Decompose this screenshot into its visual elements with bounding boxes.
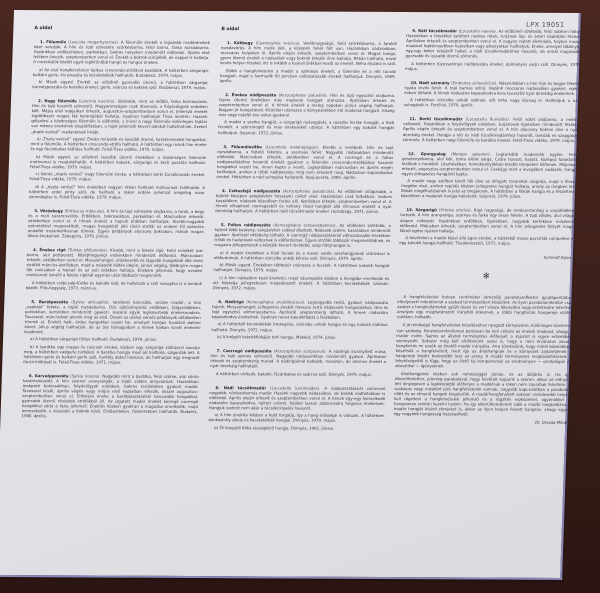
section-separator-icon: ✻ [398, 273, 574, 279]
entry-description: 1. Fülemüle (Luscinia megarhynchos). A f… [33, 39, 210, 65]
recording-note: b) Öt kirepülő fióka eleségkérő hangja. … [208, 425, 384, 431]
recording-note: a) A hím éneklés közben a fejét forgatja… [208, 412, 384, 423]
recording-note: A felvételen a madár közel álló ágon éne… [399, 235, 575, 246]
species-entry: 2. Énekes nádiposzáta (Acrocephalus palu… [218, 92, 395, 136]
entry-description: 2. Énekes nádiposzáta (Acrocephalus palu… [218, 92, 395, 118]
author-signature: Schmidt Egon [399, 254, 571, 260]
entry-description: 8. Nádi tücsökmadár (Locustella luscinio… [209, 385, 386, 411]
species-text: Az előbbinél sötétebb, felül sötéten fol… [405, 29, 582, 59]
species-entry: 5. Barátposzáta (Sylvia atricapilla). Ve… [23, 299, 201, 365]
entry-description: 6. Karvalyposzáta (Sylvia nisoria). Nagy… [21, 373, 198, 419]
recording-note: a) A háttérben sárgarigó füttye hallható… [24, 337, 200, 343]
recording-note: b) A kiröpült kakukkfiókájár tehi hangja… [211, 334, 387, 340]
recording-note: a) Az első hangfelvételen tipikus cresce… [33, 67, 209, 78]
species-text: Verébnagyságú, felül szürkésbarna, a far… [220, 41, 397, 67]
species-entry: 12. Gyurgyalag (Merops apiaster). Legtar… [401, 151, 579, 200]
species-text: Nagyobb mint a barátka, felül szürke, al… [21, 374, 198, 419]
side-b-entries: 1. Kékbegy (Cyanosylvia svecica). Verébn… [208, 40, 397, 431]
recording-note: d) A „tiszta verésű” hím énekében nagyon… [29, 184, 205, 200]
liner-notes-page: LPX 19051 A oldal 1. Fülemüle (Luscinia … [0, 10, 581, 580]
side-a-title: A oldal [34, 26, 210, 32]
recording-note: b) Másik egyed, az előzőnél lassúbb ütem… [30, 154, 206, 170]
entry-description: 11. Berki tücsökmadár (Locustella fluvia… [403, 116, 580, 142]
recording-note: b) Másik egyed. Énekét az előzőnél gyors… [32, 79, 208, 90]
species-text: A fülemüle énekét a legszebb madárénekek… [33, 40, 210, 65]
recording-note: A madár nagy szélben tárolt fák ülve az … [401, 178, 578, 199]
side-b-column: B oldal 1. Kékbegy (Cyanosylvia svecica)… [208, 27, 398, 440]
recording-note: c) A hím nádszálon kezd énekelni, majd n… [213, 275, 389, 291]
entry-description: 5. Barátposzáta (Sylvia atricapilla). Ve… [24, 299, 201, 335]
side-a-column: A oldal 1. Fülemüle (Luscinia megarhynch… [21, 26, 210, 428]
essay-paragraph: Állathangjaink közben sok nehézséggel já… [394, 371, 571, 417]
essay-paragraph: A hangfelvételek hatvan centiméter átmér… [397, 294, 574, 320]
species-text: Kisebb a verébnél. Hím és tojó rozsdabar… [216, 144, 393, 179]
species-entry: 4. Csíkosfejű nádiposzáta (Acrocephalus … [215, 188, 392, 214]
entry-description: 6. Nádirigó (Acrocephalus arundinaceus).… [212, 299, 389, 320]
species-text: A hím és tojó színezete olajbarna, a tor… [27, 208, 204, 238]
entry-description: 5. Foltos nádiposzáta (Acrocephalus scho… [214, 222, 391, 248]
species-entry: 9. Réti tücsökmadár (Locustella naevia).… [405, 28, 582, 72]
catalog-number: LPX 19051 [526, 21, 565, 29]
recording-note: A háttérben vízityúk, kakukk, fácánkakas… [210, 371, 386, 377]
species-entry: 11. Berki tücsökmadár (Locustella fluvia… [403, 116, 580, 142]
species-entry: 1. Fülemüle (Luscinia megarhynchos). A f… [32, 39, 210, 90]
recording-note: b) Másik egyed. Énekében többször utánoz… [213, 262, 389, 273]
recording-note: A háttérben csilpcsalp-füzike és kakukk … [26, 280, 202, 291]
entry-description: 7. Cserregő nádiposzáta (Acrocephalus sc… [210, 348, 387, 369]
entry-description: 4. Énekes rigó (Turdus philomelos). Kise… [26, 247, 203, 278]
side-b-continued-entries: 9. Réti tücsökmadár (Locustella naevia).… [399, 28, 582, 246]
species-entry: 3. Fülemülesitke (Lusciniola melanopogon… [216, 144, 393, 180]
species-entry: 13. Sárgarigó (Oriolus oriolus). Rigó na… [399, 207, 576, 246]
side-b-title: B oldal [221, 27, 397, 33]
recording-note: Elöbb a hangfelvételen a madár a szokáso… [220, 68, 396, 84]
species-entry: 6. Nádirigó (Acrocephalus arundinaceus).… [211, 299, 388, 340]
species-entry: 4. Énekes rigó (Turdus philomelos). Kise… [26, 247, 203, 291]
species-entry: 8. Nádi tücsökmadár (Locustella luscinio… [208, 385, 385, 431]
side-a-entries: 1. Fülemüle (Luscinia megarhynchos). A f… [21, 39, 210, 419]
recording-note: a) „Tiszta verésű” egyed. Éneke mélyebb … [30, 136, 206, 152]
entry-description: 13. Sárgarigó (Oriolus oriolus). Rigó na… [400, 207, 577, 233]
recording-note: c) Szinte „dupla verésű” nagy fülemüle é… [29, 171, 205, 182]
entry-description: 4. Csíkosfejű nádiposzáta (Acrocephalus … [215, 188, 392, 214]
species-text: Kisebb, mint a fekete rigó. Felül mindké… [26, 247, 203, 278]
species-entry: 10. Nádi sármány (Emberiza schoeniclus).… [404, 80, 581, 109]
species-text: Sötétebb, mint az előbbi, farka barnásvö… [31, 99, 208, 134]
recording-note: a) A háttérből kecskebékák brekegése, ví… [211, 322, 387, 333]
recording-note: b) A barátka egy magas fa csúcsán énekel… [23, 344, 200, 365]
entry-description: 9. Réti tücsökmadár (Locustella naevia).… [405, 28, 582, 59]
side-b-continued-column: 9. Réti tücsökmadár (Locustella naevia).… [393, 28, 582, 428]
recording-note: A madár a szarka hangját, a sárgarigó ny… [218, 120, 394, 136]
entry-description: 10. Nádi sármány (Emberiza schoeniclus).… [404, 80, 580, 96]
species-entry: 3. Vörösbegy (Erithacus rubecula). A hím… [27, 208, 204, 239]
species-entry: 6. Karvalyposzáta (Sylvia nisoria). Nagy… [21, 373, 198, 419]
entry-description: 2. Nagy fülemüle (Luscinia luscinia). Sö… [31, 98, 208, 134]
entry-description: 1. Kékbegy (Cyanosylvia svecica). Verébn… [220, 40, 397, 66]
recording-note: a) A madár énekében a füsti fecske és a … [214, 250, 390, 261]
species-entry: 2. Nagy fülemüle (Luscinia luscinia). Sö… [29, 98, 208, 199]
entry-description: 3. Vörösbegy (Erithacus rubecula). A hím… [27, 208, 204, 239]
recording-notes-essay: A hangfelvételek hatvan centiméter átmér… [393, 294, 573, 425]
entry-description: 3. Fülemülesitke (Lusciniola melanopogon… [216, 144, 393, 180]
recording-note: A háttérben tüzesszárnyú nádiposzáta éne… [405, 61, 581, 72]
essay-paragraph: A jó minőségű hangfelvételek készítéséhe… [395, 323, 572, 369]
entry-description: 12. Gyurgyalag (Merops apiaster). Legtar… [402, 151, 579, 177]
species-entry: 1. Kékbegy (Cyanosylvia svecica). Verébn… [220, 40, 397, 84]
essay-author-signature: Dr. Orszáq Mihály [393, 419, 569, 425]
species-entry: 5. Foltos nádiposzáta (Acrocephalus scho… [213, 222, 391, 291]
species-text: Verébnél karcsúbb, szürke madár, a hím „… [24, 299, 201, 334]
species-entry: 7. Cserregő nádiposzáta (Acrocephalus sc… [210, 348, 387, 377]
recording-note: A háttérben vízicsibe unkák szólnak, sőt… [404, 97, 580, 108]
